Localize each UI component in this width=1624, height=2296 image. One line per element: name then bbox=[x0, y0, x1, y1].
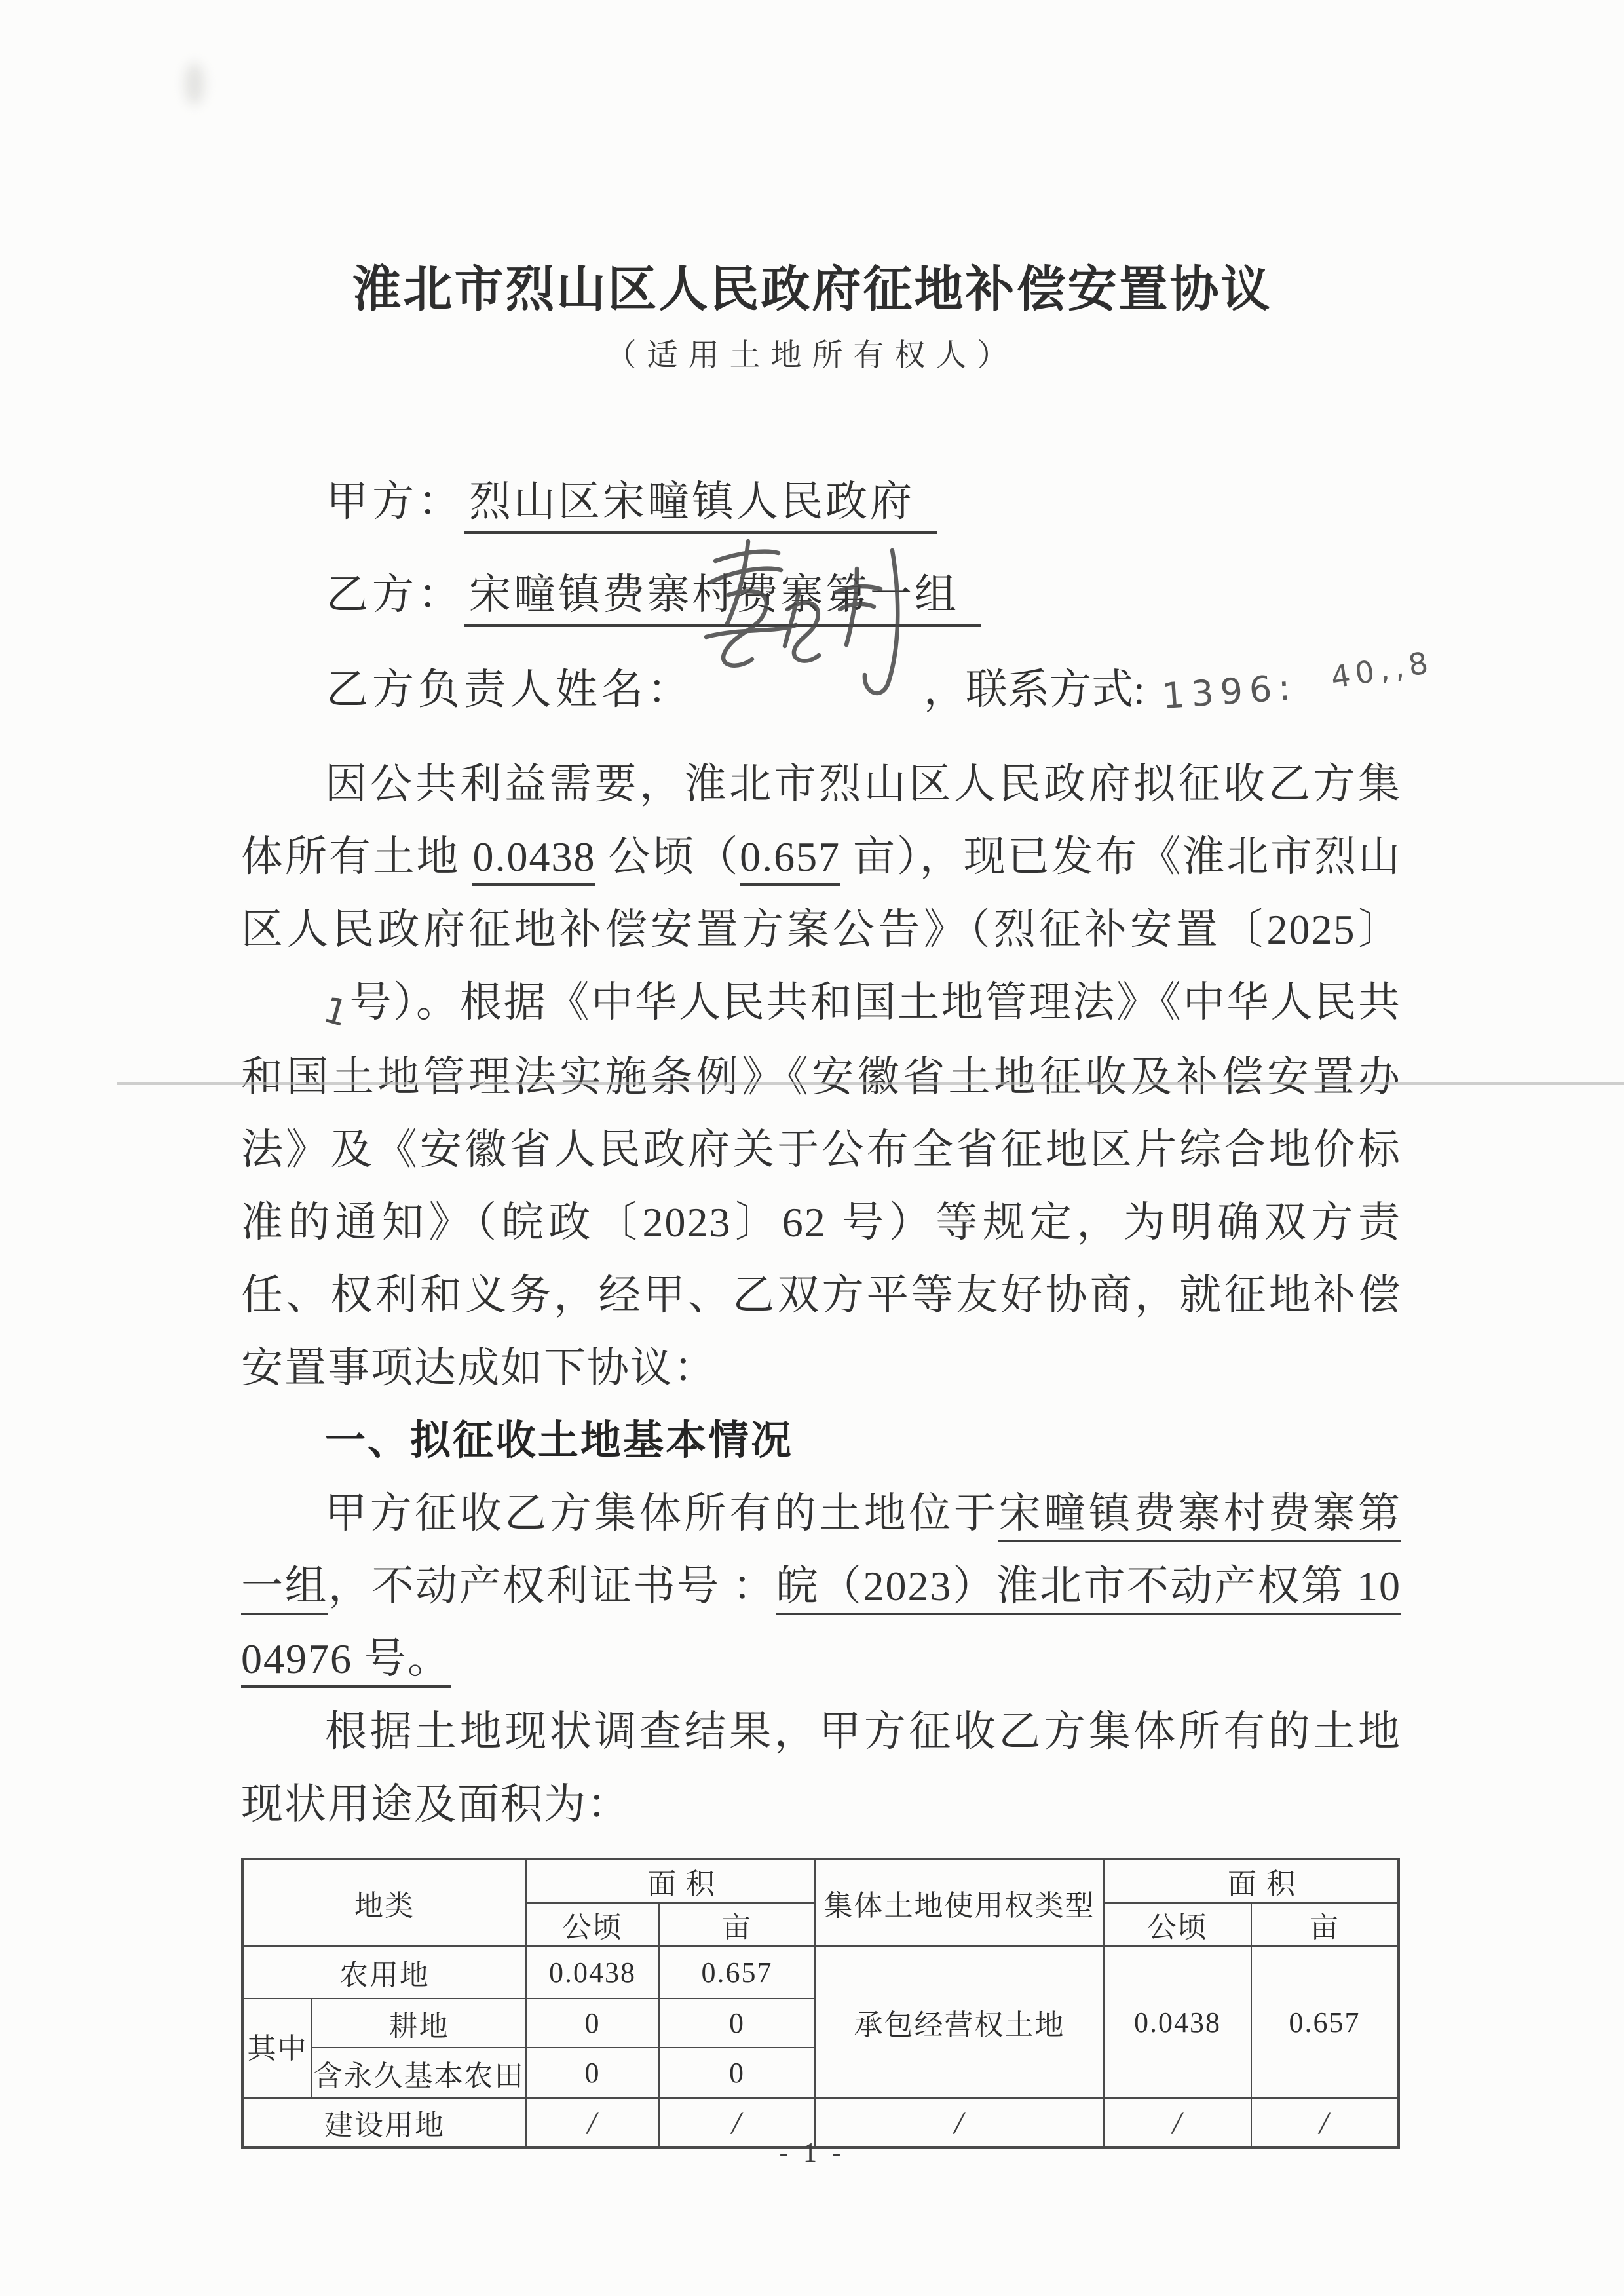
text-run: 根据土地现状调查结果，甲方征收乙方集体所有的土地现状用途及面积为： bbox=[241, 1708, 1401, 1827]
party-b-representative-line: 乙方负责人姓名： ，联系方式:1396:40,,8 bbox=[326, 651, 1624, 716]
cell-cultivated-mu: 0 bbox=[659, 1999, 815, 2048]
signature-area bbox=[693, 651, 909, 704]
document-subtitle: （适用土地所有权人） bbox=[0, 331, 1624, 375]
header-area-left: 面 积 bbox=[526, 1859, 815, 1903]
scanned-document-page: 淮北市烈山区人民政府征地补偿安置协议 （适用土地所有权人） 甲方：烈山区宋疃镇人… bbox=[0, 0, 1624, 2296]
land-area-table: 地类 面 积 集体土地使用权类型 面 积 公顷 亩 公顷 亩 农用地 0.043… bbox=[241, 1858, 1400, 2149]
header-area-right: 面 积 bbox=[1104, 1859, 1399, 1903]
table-row-agricultural: 农用地 0.0438 0.657 承包经营权土地 0.0438 0.657 bbox=[242, 1946, 1399, 1999]
scan-smudge bbox=[185, 63, 204, 105]
header-use-right-type: 集体土地使用权类型 bbox=[815, 1859, 1104, 1946]
contact-label: 联系方式: bbox=[966, 666, 1145, 713]
cell-permanent-mu: 0 bbox=[659, 2048, 815, 2098]
paragraph-intro: 因公共利益需要，淮北市烈山区人民政府拟征收乙方集体所有土地 0.0438 公顷（… bbox=[241, 748, 1401, 1404]
handwritten-text: 1 bbox=[235, 951, 358, 1050]
text-run: 号）。根据《中华人民共和国土地管理法》《中华人民共和国土地管理法实施条例》《安徽… bbox=[241, 979, 1401, 1391]
handwritten-phone-part2: 40,,8 bbox=[1329, 644, 1436, 695]
header-land-class: 地类 bbox=[242, 1859, 526, 1946]
handwritten-signature bbox=[688, 527, 914, 723]
cell-permanent-hectare: 0 bbox=[526, 2048, 659, 2098]
document-title: 淮北市烈山区人民政府征地补偿安置协议 bbox=[0, 0, 1624, 320]
header-mu-right: 亩 bbox=[1251, 1903, 1399, 1946]
parties-block: 甲方：烈山区宋疃镇人民政府 乙方：宋疃镇费寨村费寨第一组 乙方负责人姓名： bbox=[326, 468, 1624, 716]
text-run: ，不动产权利证书号 ： bbox=[328, 1563, 776, 1609]
table-header-row-1: 地类 面 积 集体土地使用权类型 面 积 bbox=[242, 1859, 1399, 1903]
handwritten-phone-part1: 1396: bbox=[1161, 666, 1298, 717]
cell-use-right-value: 承包经营权土地 bbox=[815, 1946, 1104, 2098]
party-a-value: 烈山区宋疃镇人民政府 bbox=[464, 478, 937, 534]
scan-artifact-line bbox=[117, 1082, 1624, 1085]
underlined-text: 0.657 bbox=[740, 833, 840, 886]
cell-agricultural-mu: 0.657 bbox=[659, 1946, 815, 1999]
cell-permanent-label: 含永久基本农田 bbox=[312, 2048, 526, 2098]
cell-agricultural-hectare: 0.0438 bbox=[526, 1946, 659, 1999]
cell-among-label: 其中 bbox=[242, 1999, 312, 2098]
header-hectare-left: 公顷 bbox=[526, 1903, 659, 1946]
cell-agricultural-label: 农用地 bbox=[242, 1946, 526, 1999]
header-hectare-right: 公顷 bbox=[1104, 1903, 1251, 1946]
cell-use-right-hectare: 0.0438 bbox=[1104, 1946, 1251, 2098]
text-run: 甲方征收乙方集体所有的土地位于 bbox=[325, 1490, 998, 1537]
header-mu-left: 亩 bbox=[659, 1903, 815, 1946]
paragraph-land-location: 甲方征收乙方集体所有的土地位于宋疃镇费寨村费寨第一组，不动产权利证书号 ：皖（2… bbox=[241, 1477, 1401, 1695]
cell-use-right-mu: 0.657 bbox=[1251, 1946, 1399, 2098]
party-b-line: 乙方：宋疃镇费寨村费寨第一组 bbox=[326, 561, 1624, 621]
party-b-label: 乙方： bbox=[326, 571, 464, 618]
cell-cultivated-label: 耕地 bbox=[312, 1999, 526, 2048]
party-a-label: 甲方： bbox=[326, 478, 464, 525]
page-number: - 1 - bbox=[0, 2137, 1624, 2169]
representative-name-label: 乙方负责人姓名： bbox=[326, 666, 693, 713]
text-run: 公顷（ bbox=[595, 833, 740, 880]
paragraph-land-survey: 根据土地现状调查结果，甲方征收乙方集体所有的土地现状用途及面积为： bbox=[241, 1695, 1401, 1841]
cell-cultivated-hectare: 0 bbox=[526, 1999, 659, 2048]
party-a-line: 甲方：烈山区宋疃镇人民政府 bbox=[326, 468, 1624, 528]
section-1-heading: 一、拟征收土地基本情况 bbox=[241, 1404, 1401, 1477]
separator-comma: ， bbox=[924, 666, 966, 713]
document-body: 因公共利益需要，淮北市烈山区人民政府拟征收乙方集体所有土地 0.0438 公顷（… bbox=[241, 748, 1401, 1841]
underlined-text: 0.0438 bbox=[472, 833, 595, 886]
